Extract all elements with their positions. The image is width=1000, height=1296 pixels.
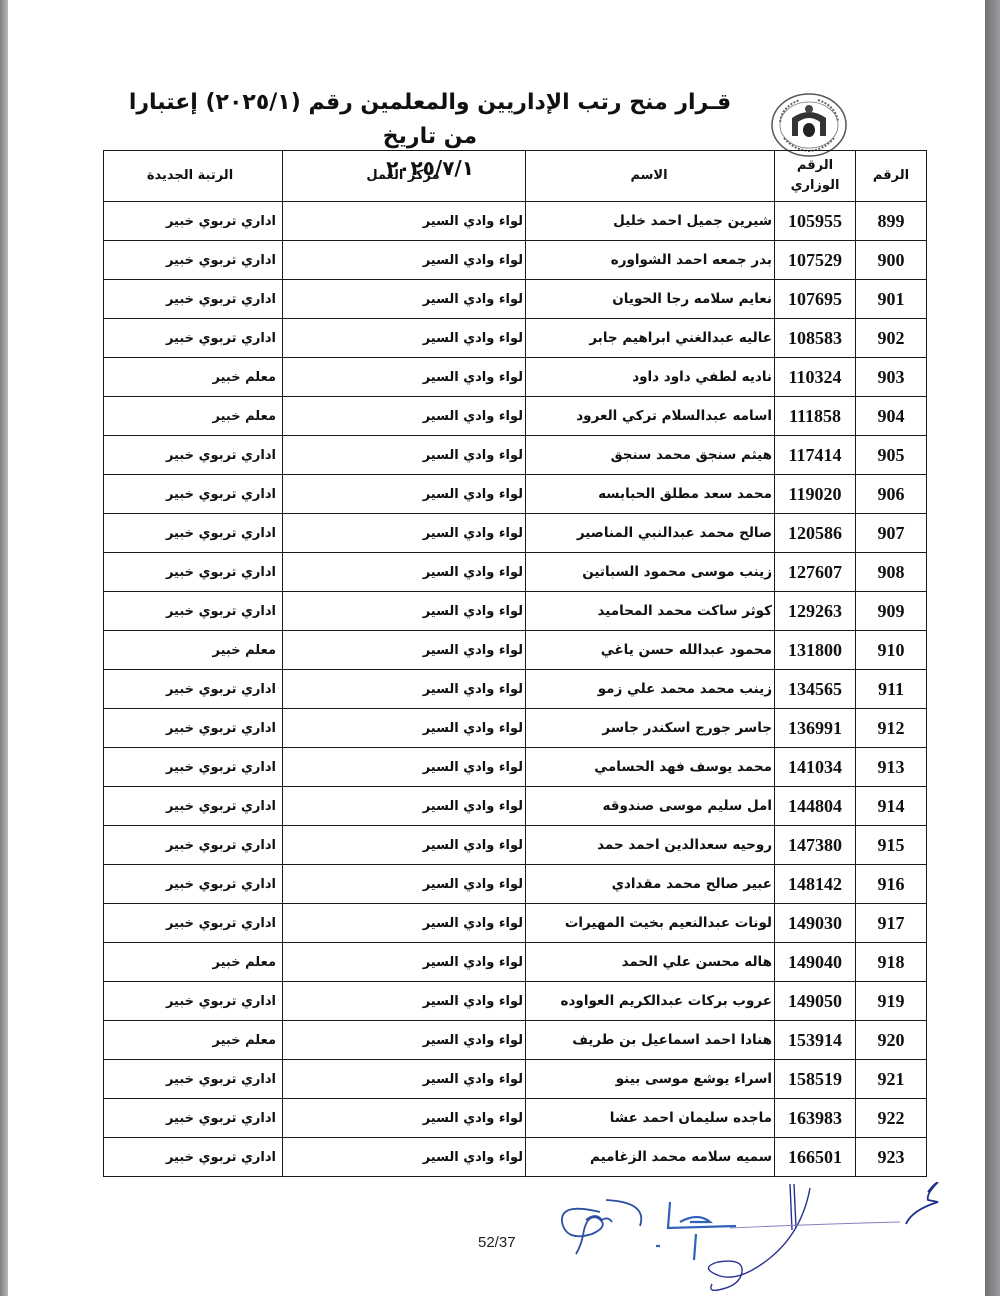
cell-work-center: لواء وادي السير [283, 826, 526, 865]
signatures [540, 1182, 960, 1296]
cell-name: عاليه عبدالغني ابراهيم جابر [526, 319, 775, 358]
table-body: 899105955شيرين جميل احمد خليللواء وادي ا… [104, 202, 927, 1177]
table-row: 899105955شيرين جميل احمد خليللواء وادي ا… [104, 202, 927, 241]
table-row: 920153914هنادا احمد اسماعيل بن طريفلواء … [104, 1021, 927, 1060]
table-row: 919149050عروب بركات عبدالكريم العواودهلو… [104, 982, 927, 1021]
cell-seq: 913 [856, 748, 927, 787]
table-row: 922163983ماجده سليمان احمد عشالواء وادي … [104, 1099, 927, 1138]
cell-ministry-id: 131800 [775, 631, 856, 670]
cell-seq: 902 [856, 319, 927, 358]
title-line-1: قـرار منح رتب الإداريين والمعلمين رقم (٢… [129, 90, 731, 149]
cell-seq: 900 [856, 241, 927, 280]
cell-ministry-id: 163983 [775, 1099, 856, 1138]
cell-ministry-id: 144804 [775, 787, 856, 826]
cell-name: لونات عبدالنعيم بخيت المهيرات [526, 904, 775, 943]
cell-seq: 909 [856, 592, 927, 631]
cell-new-rank: معلم خبير [104, 943, 283, 982]
cell-work-center: لواء وادي السير [283, 436, 526, 475]
cell-seq: 906 [856, 475, 927, 514]
cell-new-rank: معلم خبير [104, 631, 283, 670]
cell-work-center: لواء وادي السير [283, 475, 526, 514]
cell-name: روحيه سعدالدين احمد حمد [526, 826, 775, 865]
cell-work-center: لواء وادي السير [283, 982, 526, 1021]
cell-name: شيرين جميل احمد خليل [526, 202, 775, 241]
table-row: 906119020محمد سعد مطلق الحبابسهلواء وادي… [104, 475, 927, 514]
cell-work-center: لواء وادي السير [283, 670, 526, 709]
cell-work-center: لواء وادي السير [283, 241, 526, 280]
table-row: 907120586صالح محمد عبدالنبي المناصيرلواء… [104, 514, 927, 553]
table-row: 903110324ناديه لطفي داود داودلواء وادي ا… [104, 358, 927, 397]
cell-seq: 919 [856, 982, 927, 1021]
cell-seq: 905 [856, 436, 927, 475]
header-seq: الرقم [856, 151, 927, 202]
cell-ministry-id: 120586 [775, 514, 856, 553]
cell-seq: 903 [856, 358, 927, 397]
cell-work-center: لواء وادي السير [283, 631, 526, 670]
cell-ministry-id: 111858 [775, 397, 856, 436]
cell-new-rank: معلم خبير [104, 358, 283, 397]
cell-seq: 921 [856, 1060, 927, 1099]
cell-new-rank: اداري تربوي خبير [104, 1138, 283, 1177]
table-row: 904111858اسامه عبدالسلام تركي العرودلواء… [104, 397, 927, 436]
table-row: 915147380روحيه سعدالدين احمد حمدلواء واد… [104, 826, 927, 865]
table-row: 910131800محمود عبدالله حسن ياغيلواء وادي… [104, 631, 927, 670]
cell-work-center: لواء وادي السير [283, 787, 526, 826]
cell-new-rank: اداري تربوي خبير [104, 475, 283, 514]
ministry-seal-icon [770, 92, 848, 158]
cell-ministry-id: 148142 [775, 865, 856, 904]
cell-new-rank: اداري تربوي خبير [104, 1099, 283, 1138]
table-row: 909129263كوثر ساكت محمد المحاميدلواء واد… [104, 592, 927, 631]
signature-4-icon [906, 1182, 938, 1224]
cell-new-rank: اداري تربوي خبير [104, 865, 283, 904]
cell-new-rank: اداري تربوي خبير [104, 748, 283, 787]
table-row: 911134565زينب محمد محمد علي زمولواء وادي… [104, 670, 927, 709]
cell-name: كوثر ساكت محمد المحاميد [526, 592, 775, 631]
signature-1-icon [562, 1200, 641, 1254]
table-row: 913141034محمد يوسف فهد الحساميلواء وادي … [104, 748, 927, 787]
cell-work-center: لواء وادي السير [283, 1060, 526, 1099]
cell-new-rank: اداري تربوي خبير [104, 904, 283, 943]
cell-work-center: لواء وادي السير [283, 280, 526, 319]
cell-new-rank: اداري تربوي خبير [104, 436, 283, 475]
cell-name: ناديه لطفي داود داود [526, 358, 775, 397]
cell-name: نعايم سلامه رجا الحويان [526, 280, 775, 319]
cell-ministry-id: 153914 [775, 1021, 856, 1060]
table-row: 901107695نعايم سلامه رجا الحويانلواء واد… [104, 280, 927, 319]
cell-ministry-id: 166501 [775, 1138, 856, 1177]
cell-ministry-id: 147380 [775, 826, 856, 865]
cell-name: محمود عبدالله حسن ياغي [526, 631, 775, 670]
cell-name: ماجده سليمان احمد عشا [526, 1099, 775, 1138]
cell-work-center: لواء وادي السير [283, 553, 526, 592]
cell-name: صالح محمد عبدالنبي المناصير [526, 514, 775, 553]
cell-seq: 918 [856, 943, 927, 982]
cell-name: محمد يوسف فهد الحسامي [526, 748, 775, 787]
cell-seq: 901 [856, 280, 927, 319]
cell-work-center: لواء وادي السير [283, 709, 526, 748]
cell-seq: 923 [856, 1138, 927, 1177]
header-ministry-id: الرقم الوزاري [775, 151, 856, 202]
table-row: 908127607زينب موسى محمود السباتينلواء وا… [104, 553, 927, 592]
cell-name: اسامه عبدالسلام تركي العرود [526, 397, 775, 436]
cell-ministry-id: 107529 [775, 241, 856, 280]
cell-ministry-id: 149040 [775, 943, 856, 982]
cell-new-rank: معلم خبير [104, 397, 283, 436]
cell-new-rank: اداري تربوي خبير [104, 1060, 283, 1099]
cell-name: اسراء يوشع موسى بينو [526, 1060, 775, 1099]
cell-new-rank: اداري تربوي خبير [104, 280, 283, 319]
cell-seq: 914 [856, 787, 927, 826]
cell-new-rank: اداري تربوي خبير [104, 514, 283, 553]
cell-work-center: لواء وادي السير [283, 592, 526, 631]
cell-name: زينب محمد محمد علي زمو [526, 670, 775, 709]
cell-ministry-id: 149030 [775, 904, 856, 943]
cell-new-rank: معلم خبير [104, 1021, 283, 1060]
cell-name: سميه سلامه محمد الزغاميم [526, 1138, 775, 1177]
cell-ministry-id: 105955 [775, 202, 856, 241]
cell-seq: 916 [856, 865, 927, 904]
cell-seq: 917 [856, 904, 927, 943]
table-row: 917149030لونات عبدالنعيم بخيت المهيراتلو… [104, 904, 927, 943]
cell-work-center: لواء وادي السير [283, 865, 526, 904]
cell-ministry-id: 119020 [775, 475, 856, 514]
signature-3-icon [708, 1184, 900, 1290]
cell-work-center: لواء وادي السير [283, 1021, 526, 1060]
table-row: 923166501سميه سلامه محمد الزغاميملواء وا… [104, 1138, 927, 1177]
cell-ministry-id: 108583 [775, 319, 856, 358]
cell-new-rank: اداري تربوي خبير [104, 709, 283, 748]
cell-work-center: لواء وادي السير [283, 748, 526, 787]
table-row: 921158519اسراء يوشع موسى بينولواء وادي ا… [104, 1060, 927, 1099]
cell-new-rank: اداري تربوي خبير [104, 319, 283, 358]
cell-name: امل سليم موسى صندوقه [526, 787, 775, 826]
scan-edge-right [985, 0, 1000, 1296]
cell-work-center: لواء وادي السير [283, 397, 526, 436]
cell-seq: 912 [856, 709, 927, 748]
cell-name: عروب بركات عبدالكريم العواوده [526, 982, 775, 1021]
cell-seq: 910 [856, 631, 927, 670]
cell-new-rank: اداري تربوي خبير [104, 202, 283, 241]
cell-ministry-id: 127607 [775, 553, 856, 592]
cell-seq: 904 [856, 397, 927, 436]
table-row: 914144804امل سليم موسى صندوقهلواء وادي ا… [104, 787, 927, 826]
cell-work-center: لواء وادي السير [283, 943, 526, 982]
cell-new-rank: اداري تربوي خبير [104, 982, 283, 1021]
cell-name: عبير صالح محمد مقدادي [526, 865, 775, 904]
cell-ministry-id: 136991 [775, 709, 856, 748]
page-number: 52/37 [478, 1234, 516, 1251]
cell-name: هنادا احمد اسماعيل بن طريف [526, 1021, 775, 1060]
scan-edge-left [0, 0, 8, 1296]
cell-ministry-id: 158519 [775, 1060, 856, 1099]
cell-seq: 908 [856, 553, 927, 592]
cell-ministry-id: 141034 [775, 748, 856, 787]
cell-name: بدر جمعه احمد الشواوره [526, 241, 775, 280]
cell-work-center: لواء وادي السير [283, 1138, 526, 1177]
table-row: 900107529بدر جمعه احمد الشواورهلواء وادي… [104, 241, 927, 280]
cell-seq: 907 [856, 514, 927, 553]
cell-seq: 920 [856, 1021, 927, 1060]
cell-name: جاسر جورج اسكندر جاسر [526, 709, 775, 748]
cell-new-rank: اداري تربوي خبير [104, 553, 283, 592]
cell-seq: 899 [856, 202, 927, 241]
cell-name: هيثم سنجق محمد سنجق [526, 436, 775, 475]
cell-seq: 915 [856, 826, 927, 865]
cell-new-rank: اداري تربوي خبير [104, 826, 283, 865]
cell-name: زينب موسى محمود السباتين [526, 553, 775, 592]
header-new-rank: الرتبة الجديدة [104, 151, 283, 202]
signature-2-icon [656, 1202, 736, 1260]
cell-work-center: لواء وادي السير [283, 514, 526, 553]
promotions-table: الرقم الرقم الوزاري الاسم مركز العمل الر… [103, 150, 927, 1177]
header-name: الاسم [526, 151, 775, 202]
cell-ministry-id: 129263 [775, 592, 856, 631]
cell-ministry-id: 149050 [775, 982, 856, 1021]
cell-work-center: لواء وادي السير [283, 319, 526, 358]
cell-ministry-id: 110324 [775, 358, 856, 397]
cell-ministry-id: 117414 [775, 436, 856, 475]
cell-new-rank: اداري تربوي خبير [104, 787, 283, 826]
cell-new-rank: اداري تربوي خبير [104, 670, 283, 709]
cell-name: محمد سعد مطلق الحبابسه [526, 475, 775, 514]
cell-ministry-id: 134565 [775, 670, 856, 709]
table-row: 916148142عبير صالح محمد مقداديلواء وادي … [104, 865, 927, 904]
cell-new-rank: اداري تربوي خبير [104, 592, 283, 631]
cell-name: هاله محسن علي الحمد [526, 943, 775, 982]
cell-new-rank: اداري تربوي خبير [104, 241, 283, 280]
cell-work-center: لواء وادي السير [283, 202, 526, 241]
cell-work-center: لواء وادي السير [283, 358, 526, 397]
cell-ministry-id: 107695 [775, 280, 856, 319]
header-work-center: مركز العمل [283, 151, 526, 202]
table-row: 905117414هيثم سنجق محمد سنجقلواء وادي ال… [104, 436, 927, 475]
table-row: 918149040هاله محسن علي الحمدلواء وادي ال… [104, 943, 927, 982]
cell-seq: 911 [856, 670, 927, 709]
cell-work-center: لواء وادي السير [283, 1099, 526, 1138]
table-header-row: الرقم الرقم الوزاري الاسم مركز العمل الر… [104, 151, 927, 202]
cell-seq: 922 [856, 1099, 927, 1138]
table-row: 902108583عاليه عبدالغني ابراهيم جابرلواء… [104, 319, 927, 358]
table-row: 912136991جاسر جورج اسكندر جاسرلواء وادي … [104, 709, 927, 748]
cell-work-center: لواء وادي السير [283, 904, 526, 943]
